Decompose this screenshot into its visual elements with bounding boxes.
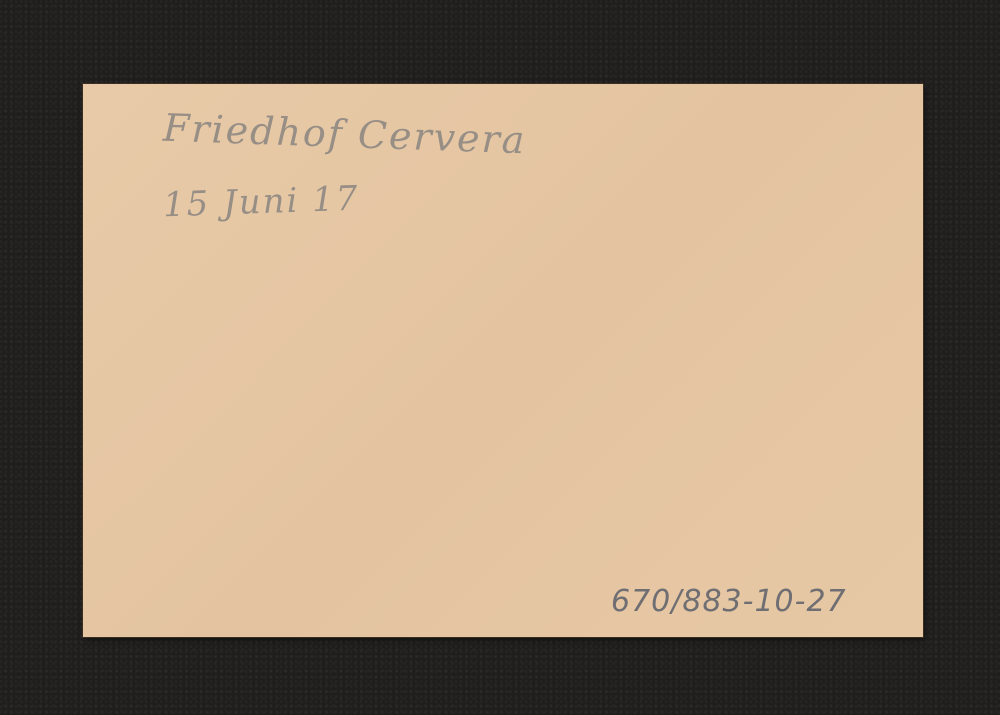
reference-number: 670/883-10-27 — [611, 584, 847, 619]
archival-card: Friedhof Cervera 15 Juni 17 670/883-10-2… — [83, 84, 923, 637]
handwritten-date: 15 Juni 17 — [162, 179, 360, 226]
handwritten-location: Friedhof Cervera — [162, 106, 527, 163]
